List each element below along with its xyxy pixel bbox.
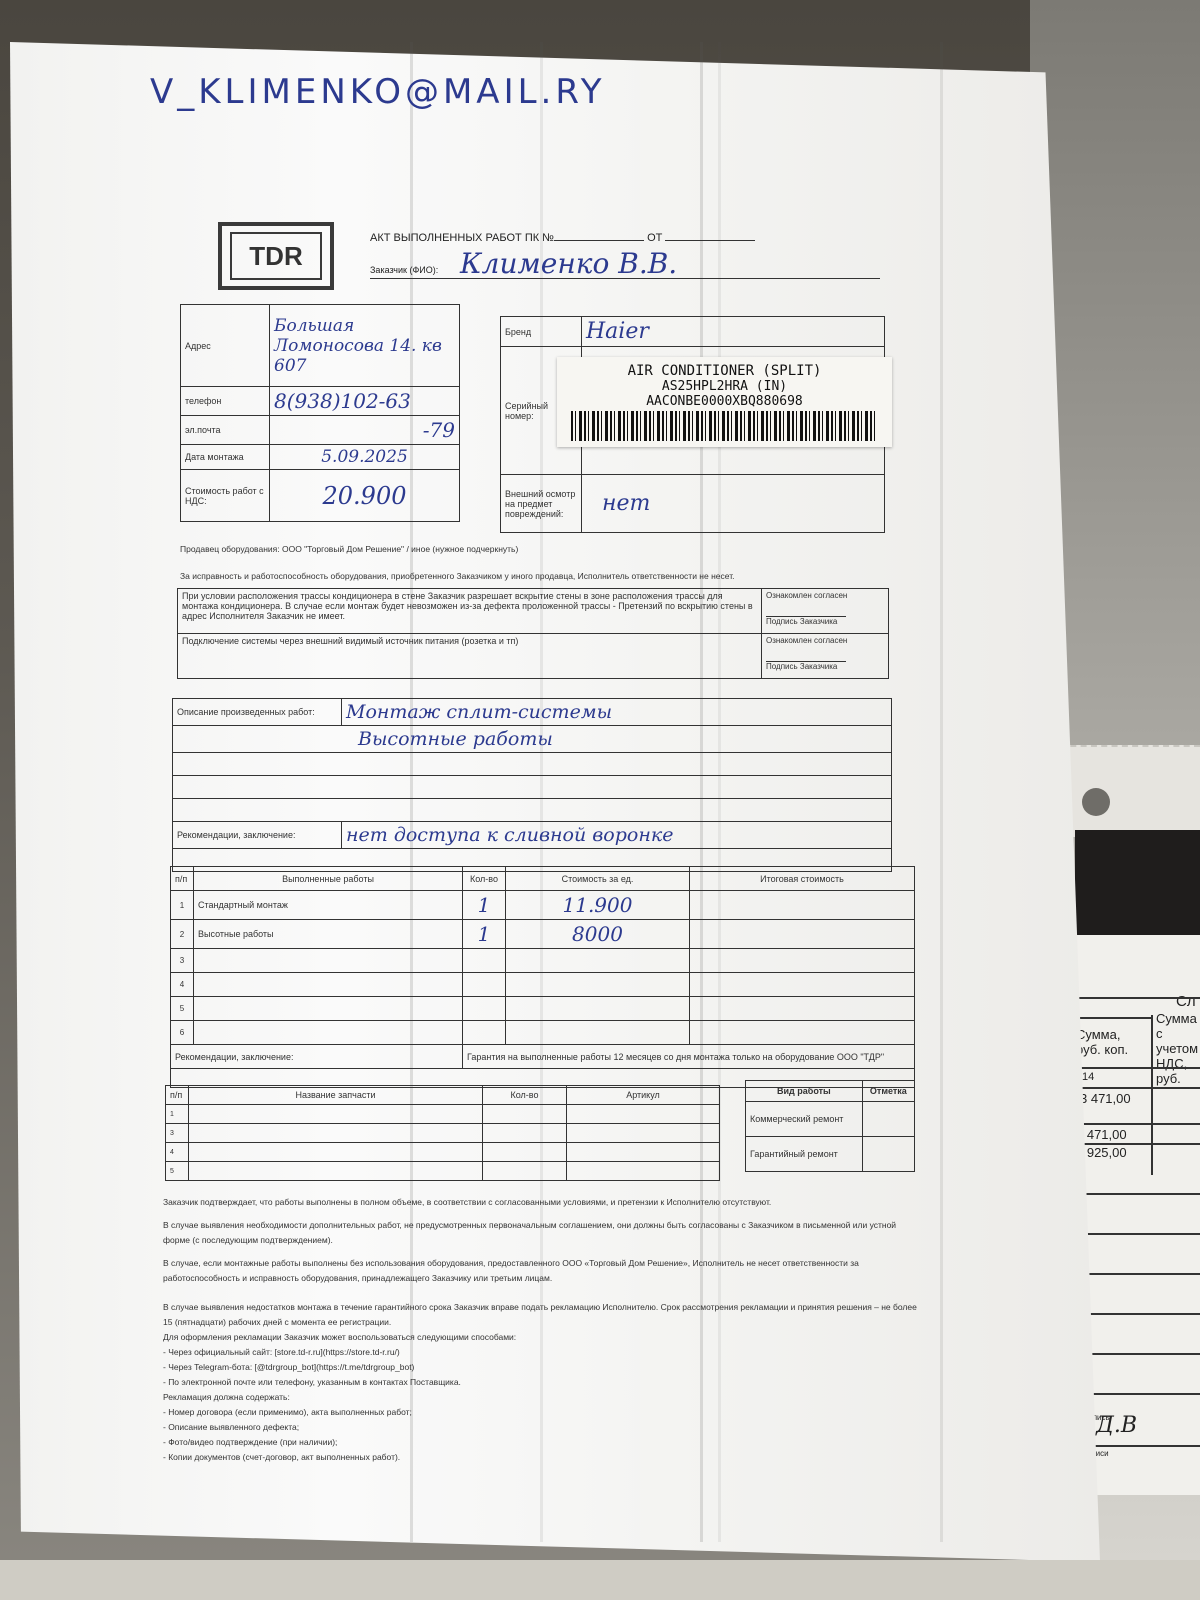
seller-line: Продавец оборудования: ООО "Торговый Дом… bbox=[180, 544, 518, 554]
plastic-sleeve bbox=[1060, 745, 1200, 837]
recommendation-value: нет доступа к сливной воронке bbox=[342, 822, 892, 849]
condition-text: Подключение системы через внешний видимы… bbox=[178, 634, 762, 679]
act-number-field bbox=[554, 240, 644, 241]
company-logo: TDR bbox=[218, 222, 334, 290]
table-row: 5 bbox=[171, 997, 915, 1021]
side-col2-header: Сумма с учетом НДС, руб. bbox=[1156, 1011, 1200, 1086]
table-row: 3 bbox=[171, 949, 915, 973]
inspection-value: нет bbox=[582, 475, 885, 533]
customer-field: Заказчик (ФИО): Клименко В.В. bbox=[370, 250, 880, 279]
address-value: Большая Ломоносова 14. кв 607 bbox=[270, 305, 460, 387]
side-value-1: 3 471,00 bbox=[1080, 1091, 1131, 1106]
work-type-table: Вид работы Отметка Коммерческий ремонт Г… bbox=[745, 1080, 915, 1172]
email-value: -79 bbox=[270, 416, 460, 445]
client-info-table: АдресБольшая Ломоносова 14. кв 607 телеф… bbox=[180, 304, 460, 522]
parts-table: п/п Название запчасти Кол-во Артикул 134… bbox=[165, 1085, 720, 1181]
handwritten-email: V_KLIMENKO@MAIL.RY bbox=[150, 72, 606, 112]
table-row: 4 bbox=[171, 973, 915, 997]
document-title: АКТ ВЫПОЛНЕННЫХ РАБОТ ПК № ОТ bbox=[370, 232, 755, 244]
side-col-number: 14 bbox=[1082, 1071, 1094, 1083]
table-row: 6 bbox=[171, 1021, 915, 1045]
work-description-table: Описание произведенных работ:Монтаж спли… bbox=[172, 698, 892, 872]
mark-warranty[interactable] bbox=[862, 1137, 914, 1172]
act-date-field bbox=[665, 240, 755, 241]
serial-number: AACONBE0000XBQ880698 bbox=[557, 394, 892, 409]
binder-hole bbox=[1082, 788, 1110, 816]
work-type-warranty: Гарантийный ремонт bbox=[746, 1137, 863, 1172]
side-col1-header: Сумма, руб. коп. bbox=[1076, 1027, 1148, 1057]
terms-text: Заказчик подтверждает, что работы выполн… bbox=[163, 1195, 923, 1465]
works-table: п/п Выполненные работы Кол-во Стоимость … bbox=[170, 866, 915, 1088]
description-line-2: Высотные работы bbox=[173, 726, 892, 753]
warranty-note: Гарантия на выполненные работы 12 месяце… bbox=[463, 1045, 915, 1069]
side-signature: Д.В bbox=[1096, 1413, 1137, 1438]
barcode bbox=[571, 411, 878, 441]
table-row: 1Стандартный монтаж111.900 bbox=[171, 891, 915, 920]
install-date-value: 5.09.2025 bbox=[270, 445, 460, 470]
description-line-1: Монтаж сплит-системы bbox=[342, 699, 892, 726]
phone-value: 8(938)102-63 bbox=[270, 387, 460, 416]
responsibility-line: За исправность и работоспособность обору… bbox=[180, 571, 735, 581]
condition-sign-cell: Ознакомлен согласен Подпись Заказчика bbox=[762, 589, 889, 634]
mark-commercial[interactable] bbox=[862, 1102, 914, 1137]
total-cost-value: 20.900 bbox=[270, 470, 460, 522]
table-row: 2Высотные работы18000 bbox=[171, 920, 915, 949]
serial-sticker: AIR CONDITIONER (SPLIT) AS25HPL2HRA (IN)… bbox=[557, 357, 892, 447]
dark-folder bbox=[1075, 830, 1200, 940]
table-row: 5 bbox=[166, 1162, 720, 1181]
side-header: Сл bbox=[1176, 993, 1196, 1010]
customer-name: Клименко В.В. bbox=[460, 247, 677, 280]
complaint-instructions: Для оформления рекламации Заказчик может… bbox=[163, 1330, 923, 1465]
condition-text: При условии расположения трассы кондицио… bbox=[178, 589, 762, 634]
table-row: 4 bbox=[166, 1143, 720, 1162]
condition-sign-cell: Ознакомлен согласен Подпись Заказчика bbox=[762, 634, 889, 679]
brand-value: Haier bbox=[582, 317, 885, 347]
table-row: 3 bbox=[166, 1124, 720, 1143]
work-type-commercial: Коммерческий ремонт bbox=[746, 1102, 863, 1137]
conditions-table: При условии расположения трассы кондицио… bbox=[177, 588, 889, 679]
table-row: 1 bbox=[166, 1105, 720, 1124]
logo-mark: TDR bbox=[230, 232, 322, 280]
